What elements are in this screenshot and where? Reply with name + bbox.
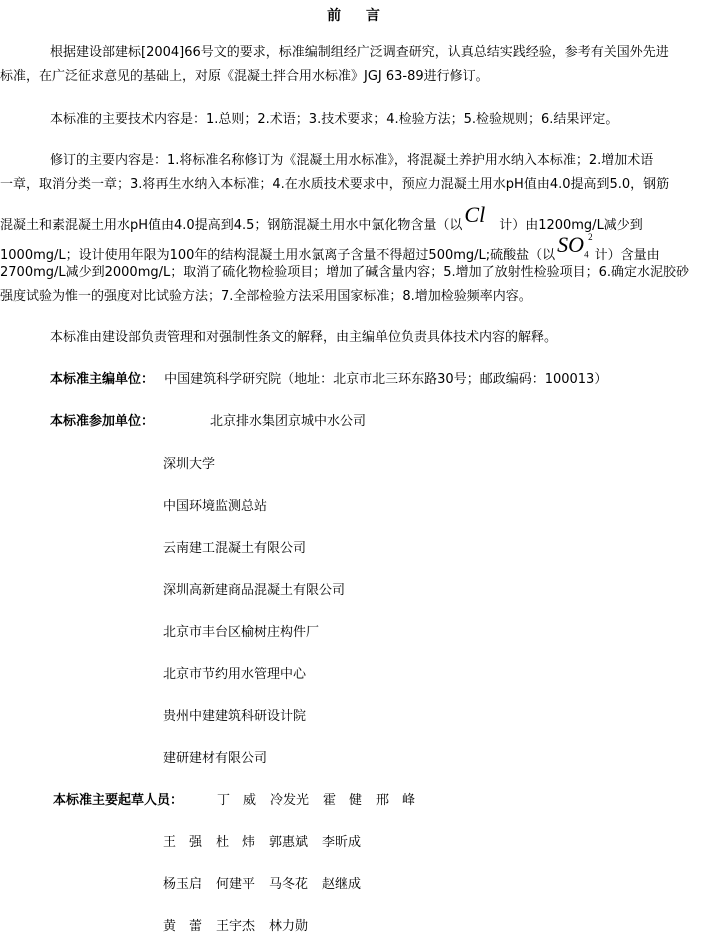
paragraph-revision-line5: 2700mg/L减少到2000mg/L；取消了硫化物检验项目；增加了碱含量内容；… [0,264,689,282]
drafter-name: 杨玉启 [163,876,202,894]
participating-units-label: 本标准参加单位： [50,413,154,431]
chief-unit-row: 本标准主编单位： 中国建筑科学研究院（地址：北京市北三环东路30号；邮政编码：1… [50,371,607,389]
drafter-name: 霍 健 [323,792,362,810]
drafters-row: 王 强杜 炜郭惠斌李昕成 [163,834,375,852]
drafter-name: 林力勋 [269,918,308,934]
drafter-name: 王宇杰 [216,918,255,934]
participating-unit-item: 建研建材有限公司 [163,750,267,768]
participating-unit-item: 云南建工混凝土有限公司 [163,540,306,558]
sulfate-formula-superscript: 2 [588,228,593,246]
participating-unit-item: 北京排水集团京城中水公司 [210,413,366,431]
chief-unit-value: 中国建筑科学研究院（地址：北京市北三环东路30号；邮政编码：100013） [164,372,607,387]
participating-unit-item: 深圳大学 [163,456,215,474]
revision-line4-text-a: 1000mg/L；设计使用年限为100年的结构混凝土用水氯离子含量不得超过500… [0,248,555,263]
participating-unit-item: 北京市丰台区榆树庄构件厂 [163,624,319,642]
paragraph-revision-line3: 混凝土和素混凝土用水pH值由4.0提高到4.5；钢筋混凝土用水中氯化物含量（以C… [0,213,643,235]
participating-unit-item: 深圳高新建商品混凝土有限公司 [163,582,345,600]
drafter-name: 冷发光 [270,792,309,810]
chief-unit-label: 本标准主编单位： [50,372,154,387]
revision-line3-text-b: 计）由1200mg/L减少到 [499,218,643,233]
participating-unit-item: 贵州中建建筑科研设计院 [163,708,306,726]
paragraph-basis-line2: 标准，在广泛征求意见的基础上，对原《混凝土拌合用水标准》JGJ 63-89进行修… [0,68,489,86]
paragraph-basis-line1: 根据建设部建标[2004]66号文的要求，标准编制组经广泛调查研究，认真总结实践… [50,44,669,62]
paragraph-main-content: 本标准的主要技术内容是：1.总则；2.术语；3.技术要求；4.检验方法；5.检验… [50,111,618,129]
sulfate-formula-subscript: 4 [584,249,589,259]
drafters-row: 丁 威冷发光霍 健邢 峰 [217,792,429,810]
participating-units-label-text: 本标准参加单位： [50,414,154,429]
drafters-row: 黄 蕾王宇杰林力勋 [163,918,322,934]
paragraph-revision-line6: 强度试验为惟一的强度对比试验方法；7.全部检验方法采用国家标准；8.增加检验频率… [0,288,532,306]
sulfate-formula-base: SO [557,232,584,257]
drafter-name: 丁 威 [217,792,256,810]
drafter-name: 邢 峰 [376,792,415,810]
drafter-name: 黄 蕾 [163,918,202,934]
drafter-name: 李昕成 [322,834,361,852]
participating-unit-item: 北京市节约用水管理中心 [163,666,306,684]
paragraph-revision-line1: 修订的主要内容是：1.将标准名称修订为《混凝土用水标准》，将混凝土养护用水纳入本… [50,152,653,170]
sulfate-formula: SO42 [557,232,588,257]
revision-line3-text-a: 混凝土和素混凝土用水pH值由4.0提高到4.5；钢筋混凝土用水中氯化物含量（以 [0,218,462,233]
participating-unit-item: 中国环境监测总站 [163,498,267,516]
paragraph-revision-line2: 一章，取消分类一章；3.将再生水纳入本标准；4.在水质技术要求中，预应力混凝土用… [0,176,669,194]
paragraph-management: 本标准由建设部负责管理和对强制性条文的解释，由主编单位负责具体技术内容的解释。 [50,329,557,347]
drafter-name: 王 强 [163,834,202,852]
drafter-name: 杜 炜 [216,834,255,852]
drafter-name: 赵继成 [322,876,361,894]
drafter-name: 马冬花 [269,876,308,894]
page-title: 前 言 [0,5,717,25]
drafter-name: 何建平 [216,876,255,894]
drafters-row: 杨玉启何建平马冬花赵继成 [163,876,375,894]
drafters-label: 本标准主要起草人员： [53,792,183,810]
chloride-formula: Cl [464,202,485,227]
drafter-name: 郭惠斌 [269,834,308,852]
revision-line4-text-b: 计）含量由 [595,248,660,263]
